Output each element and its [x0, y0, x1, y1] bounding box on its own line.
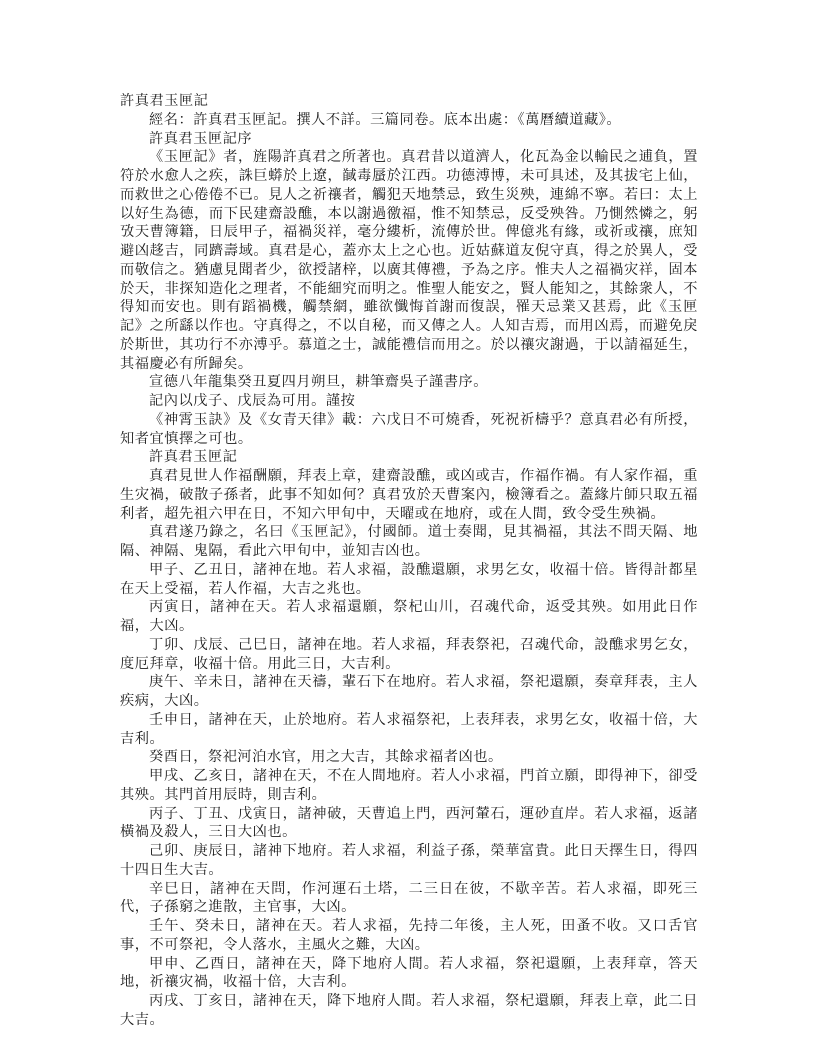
preface-title: 許真君玉匣記序 [120, 130, 698, 149]
paragraph: 真君遂乃錄之，名曰《玉匣記》，付國師。道士奏聞，見其禍福，其法不問天隔、地隔、神… [120, 523, 698, 561]
editor-note: 記內以戊子、戊辰為可用。謹按 [120, 392, 698, 411]
paragraph: 甲戌、乙亥日，諸神在天，不在人間地府。若人小求福，門首立願，即得神下，卻受其殃。… [120, 767, 698, 805]
document-page: 許真君玉匣記 經名：許真君玉匣記。撰人不詳。三篇同卷。底本出處：《萬曆續道藏》。… [120, 92, 698, 1030]
preface-signature: 宣德八年龍集癸丑夏四月朔旦，耕筆齋吳子謹書序。 [120, 373, 698, 392]
paragraph: 己卯、庚辰日，諸神下地府。若人求福，利益子孫，榮華富貴。此日天擇生日，得四十四日… [120, 842, 698, 880]
paragraph: 真君見世人作福酬願，拜表上章，建齋設醮，或凶或吉，作福作禍。有人家作福，重生灾禍… [120, 467, 698, 523]
paragraph: 丙寅日，諸神在天。若人求福還願，祭杞山川，召魂代命，返受其殃。如用此日作福，大凶… [120, 598, 698, 636]
paragraph: 甲子、乙丑日，諸神在地。若人求福，設醮還願，求男乞女，收福十倍。皆得計都星在天上… [120, 561, 698, 599]
paragraph: 丁卯、戊辰、己巳日，諸神在地。若人求福，拜表祭祀，召魂代命，設醮求男乞女，度厄拜… [120, 636, 698, 674]
editor-note-detail: 《神霄玉訣》及《女青天律》載：六戊日不可燒香，死祝祈檮乎？意真君必有所授，知者宜… [120, 411, 698, 449]
paragraph: 丙戌、丁亥日，諸神在天，降下地府人間。若人求福，祭杞還願，拜表上章，此二日大吉。 [120, 992, 698, 1030]
main-title: 許真君玉匣記 [120, 448, 698, 467]
document-title: 許真君玉匣記 [120, 92, 698, 111]
paragraph: 癸酉日，祭祀河泊水官，用之大吉，其餘求福者凶也。 [120, 748, 698, 767]
catalog-note: 經名：許真君玉匣記。撰人不詳。三篇同卷。底本出處：《萬曆續道藏》。 [120, 111, 698, 130]
paragraph: 庚午、辛未日，諸神在天禱，輩石下在地府。若人求福，祭祀還願，奏章拜表，主人疾病，… [120, 673, 698, 711]
paragraph: 丙子、丁丑、戊寅日，諸神破，天曹追上門，西河輦石，運砂直岸。若人求福，返諸橫禍及… [120, 805, 698, 843]
paragraph: 甲申、乙酉日，諸神在天，降下地府人間。若人求福，祭祀還願，上表拜章，答天地，祈禳… [120, 955, 698, 993]
paragraph: 壬申日，諸神在天，止於地府。若人求福祭祀，上表拜表，求男乞女，收福十倍，大吉利。 [120, 711, 698, 749]
paragraph: 辛巳日，諸神在天問，作河運石土塔，二三日在彼，不歇辛苦。若人求福，即死三代，子孫… [120, 880, 698, 918]
paragraph: 壬午、癸未日，諸神在天。若人求福，先持二年後，主人死，田蚤不收。又口舌官事，不可… [120, 917, 698, 955]
preface-body: 《玉匣記》者，旌陽許真君之所著也。真君昔以道濟人，化瓦為金以輸民之逋負，置符於水… [120, 148, 698, 373]
